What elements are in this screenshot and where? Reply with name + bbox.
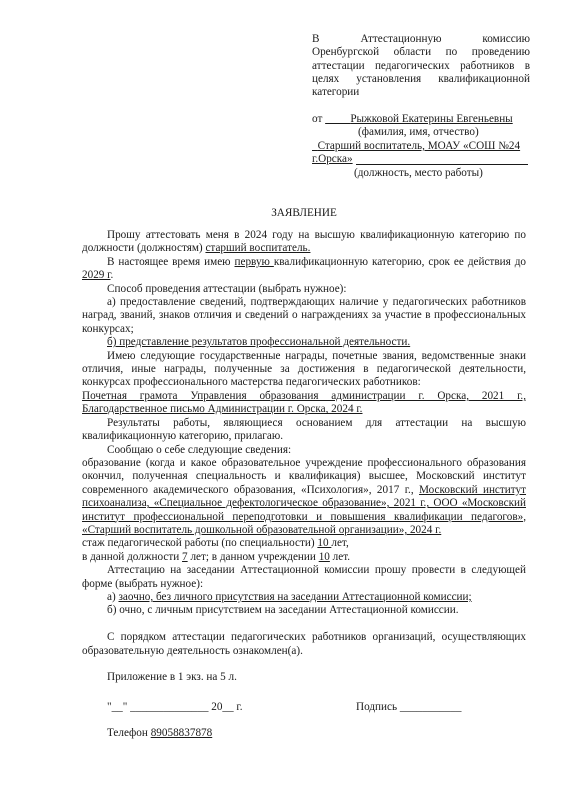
addressee-line: категории	[312, 86, 530, 99]
requested-position-field[interactable]: старший воспитатель.	[205, 242, 310, 254]
current-category-paragraph: В настоящее время имею первую квалификац…	[82, 256, 526, 283]
applicant-block: от Рыжковой Екатерины Евгеньевны (фамили…	[312, 113, 530, 180]
from-label: от	[312, 113, 322, 125]
appendix-line: Приложение в 1 экз. на 5 л.	[82, 671, 526, 684]
phone-line: Телефон 89058837878	[107, 726, 212, 740]
education-paragraph: образование (когда и какое образовательн…	[82, 457, 526, 537]
results-paragraph: Результаты работы, являющиеся основанием…	[82, 417, 526, 444]
date-year-field[interactable]: 20__ г.	[211, 701, 242, 713]
experience-suffix: лет,	[331, 537, 348, 549]
spacer	[82, 658, 526, 671]
method-option-b[interactable]: б) представление результатов профессиона…	[82, 336, 526, 349]
spacer	[82, 618, 526, 631]
date-line: "__" ______________ 20__ г.	[107, 700, 243, 714]
document-title: ЗАЯВЛЕНИЕ	[82, 206, 526, 220]
signature-label: Подпись	[356, 701, 397, 713]
meeting-option-a-marker: а)	[107, 591, 119, 603]
method-heading: Способ проведения аттестации (выбрать ну…	[82, 283, 526, 296]
addressee-line: В Аттестационную комиссию	[312, 33, 530, 46]
acknowledgement-paragraph: С порядком аттестации педагогических раб…	[82, 631, 526, 658]
phone-number-field[interactable]: 89058837878	[151, 727, 213, 739]
addressee-block: В Аттестационную комиссию Оренбургской о…	[312, 33, 530, 99]
meeting-intro: Аттестацию на заседании Аттестационной к…	[82, 564, 526, 591]
position-years-label: в данной должности	[82, 551, 182, 563]
awards-intro: Имею следующие государственные награды, …	[82, 350, 526, 390]
meeting-option-a[interactable]: а) заочно, без личного присутствия на за…	[82, 591, 526, 604]
current-category-field[interactable]: первую	[235, 256, 274, 268]
method-option-b-text: б) представление результатов профессиона…	[107, 336, 410, 348]
signature-field[interactable]: ___________	[400, 701, 462, 713]
applicant-name: Рыжковой Екатерины Евгеньевны	[350, 113, 512, 125]
institution-years-field[interactable]: 10	[319, 551, 330, 563]
addressee-line: аттестации педагогических работников в	[312, 60, 530, 73]
name-caption: (фамилия, имя, отчество)	[312, 126, 530, 139]
institution-years-suffix: лет.	[330, 551, 350, 563]
position-line-1: Старший воспитатель, МОАУ «СОШ №24	[318, 140, 521, 152]
document-body: Прошу аттестовать меня в 2024 году на вы…	[82, 229, 526, 685]
meeting-option-a-text: заочно, без личного присутствия на засед…	[119, 591, 472, 603]
experience-years-field[interactable]: 10	[317, 537, 331, 549]
position-underline	[356, 164, 528, 165]
experience-label: стаж педагогической работы (по специальн…	[82, 537, 317, 549]
about-heading: Сообщаю о себе следующие сведения:	[82, 444, 526, 457]
category-until-field[interactable]: 2029 г	[82, 269, 111, 281]
position-field[interactable]: Старший воспитатель, МОАУ «СОШ №24	[312, 140, 530, 153]
position-experience-line: в данной должности 7 лет; в данном учреж…	[82, 551, 526, 564]
method-option-a[interactable]: а) предоставление сведений, подтверждающ…	[82, 296, 526, 336]
current-suffix: .	[111, 269, 114, 281]
position-field-line-2[interactable]: г.Орска»	[312, 153, 530, 166]
addressee-line: Оренбургской области по проведению	[312, 46, 530, 59]
position-line-2: г.Орска»	[312, 153, 353, 165]
institution-years-label: лет; в данном учреждении	[188, 551, 319, 563]
addressee-line: целях установления квалификационной	[312, 73, 530, 86]
awards-list: Почетная грамота Управления образования …	[82, 390, 526, 415]
meeting-option-b[interactable]: б) очно, с личным присутствием на заседа…	[82, 604, 526, 617]
phone-label: Телефон	[107, 727, 148, 739]
current-middle: квалификационную категорию, срок ее дейс…	[274, 256, 526, 268]
request-paragraph: Прошу аттестовать меня в 2024 году на вы…	[82, 229, 526, 256]
date-month-field[interactable]: ______________	[130, 701, 208, 713]
signature-line: Подпись ___________	[356, 700, 461, 714]
experience-line: стаж педагогической работы (по специальн…	[82, 537, 526, 550]
position-caption: (должность, место работы)	[312, 167, 530, 180]
awards-list-field[interactable]: Почетная грамота Управления образования …	[82, 390, 526, 417]
applicant-name-field[interactable]: Рыжковой Екатерины Евгеньевны	[325, 113, 513, 125]
date-day-field[interactable]: "__"	[107, 701, 127, 713]
from-line: от Рыжковой Екатерины Евгеньевны	[312, 113, 530, 126]
current-prefix: В настоящее время имею	[107, 256, 235, 268]
